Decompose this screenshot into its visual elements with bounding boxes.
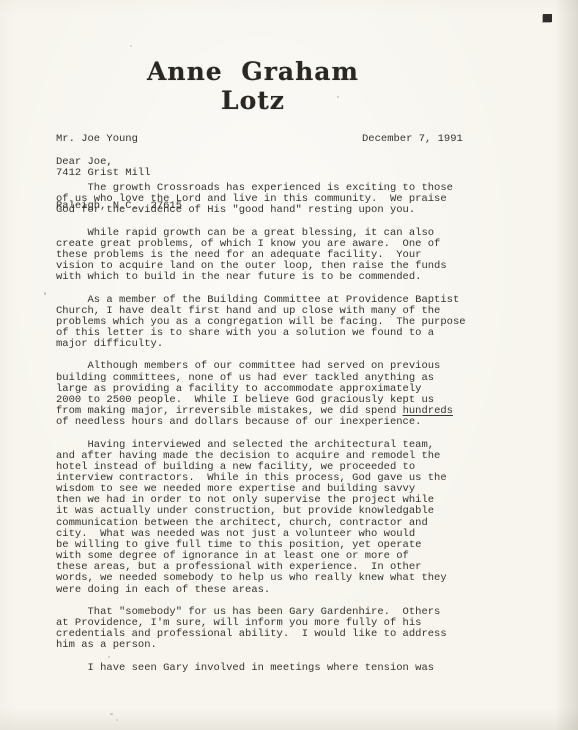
letterhead-name: Anne Graham Lotz: [147, 57, 359, 115]
letterhead: Anne Graham Lotz: [128, 57, 378, 115]
paragraph: While rapid growth can be a great blessi…: [56, 228, 526, 284]
salutation: Dear Joe,: [56, 157, 113, 168]
paragraph: As a member of the Building Committee at…: [56, 295, 526, 351]
paragraph: Although members of our committee had se…: [56, 361, 526, 428]
letter-line: him as a person.: [56, 640, 526, 651]
paragraph: I have seen Gary involved in meetings wh…: [56, 663, 526, 674]
letter-line: of needless hours and dollars because of…: [56, 417, 526, 428]
scan-speck: [110, 713, 113, 715]
letter-line: God for the evidence of His "good hand" …: [56, 205, 526, 216]
letter-line: were doing in each of these areas.: [56, 585, 526, 596]
recipient-street: 7412 Grist Mill: [56, 168, 182, 179]
recipient-name: Mr. Joe Young: [56, 134, 182, 145]
scan-speck: [130, 45, 132, 47]
letter-line: I have seen Gary involved in meetings wh…: [56, 663, 526, 674]
letter-line: major difficulty.: [56, 339, 526, 350]
paragraph: The growth Crossroads has experienced is…: [56, 183, 526, 216]
letter-body: The growth Crossroads has experienced is…: [56, 183, 526, 685]
scan-artifact-square: [543, 14, 552, 22]
scan-speck: [116, 719, 118, 721]
scan-speck: [44, 292, 46, 295]
paragraph: That "somebody" for us has been Gary Gar…: [56, 607, 526, 652]
letter-line: with which to build in the near future i…: [56, 272, 526, 283]
letter-page: Anne Graham Lotz Mr. Joe Young 7412 Gris…: [0, 0, 578, 730]
paragraph: Having interviewed and selected the arch…: [56, 440, 526, 596]
letter-date: December 7, 1991: [362, 134, 463, 145]
